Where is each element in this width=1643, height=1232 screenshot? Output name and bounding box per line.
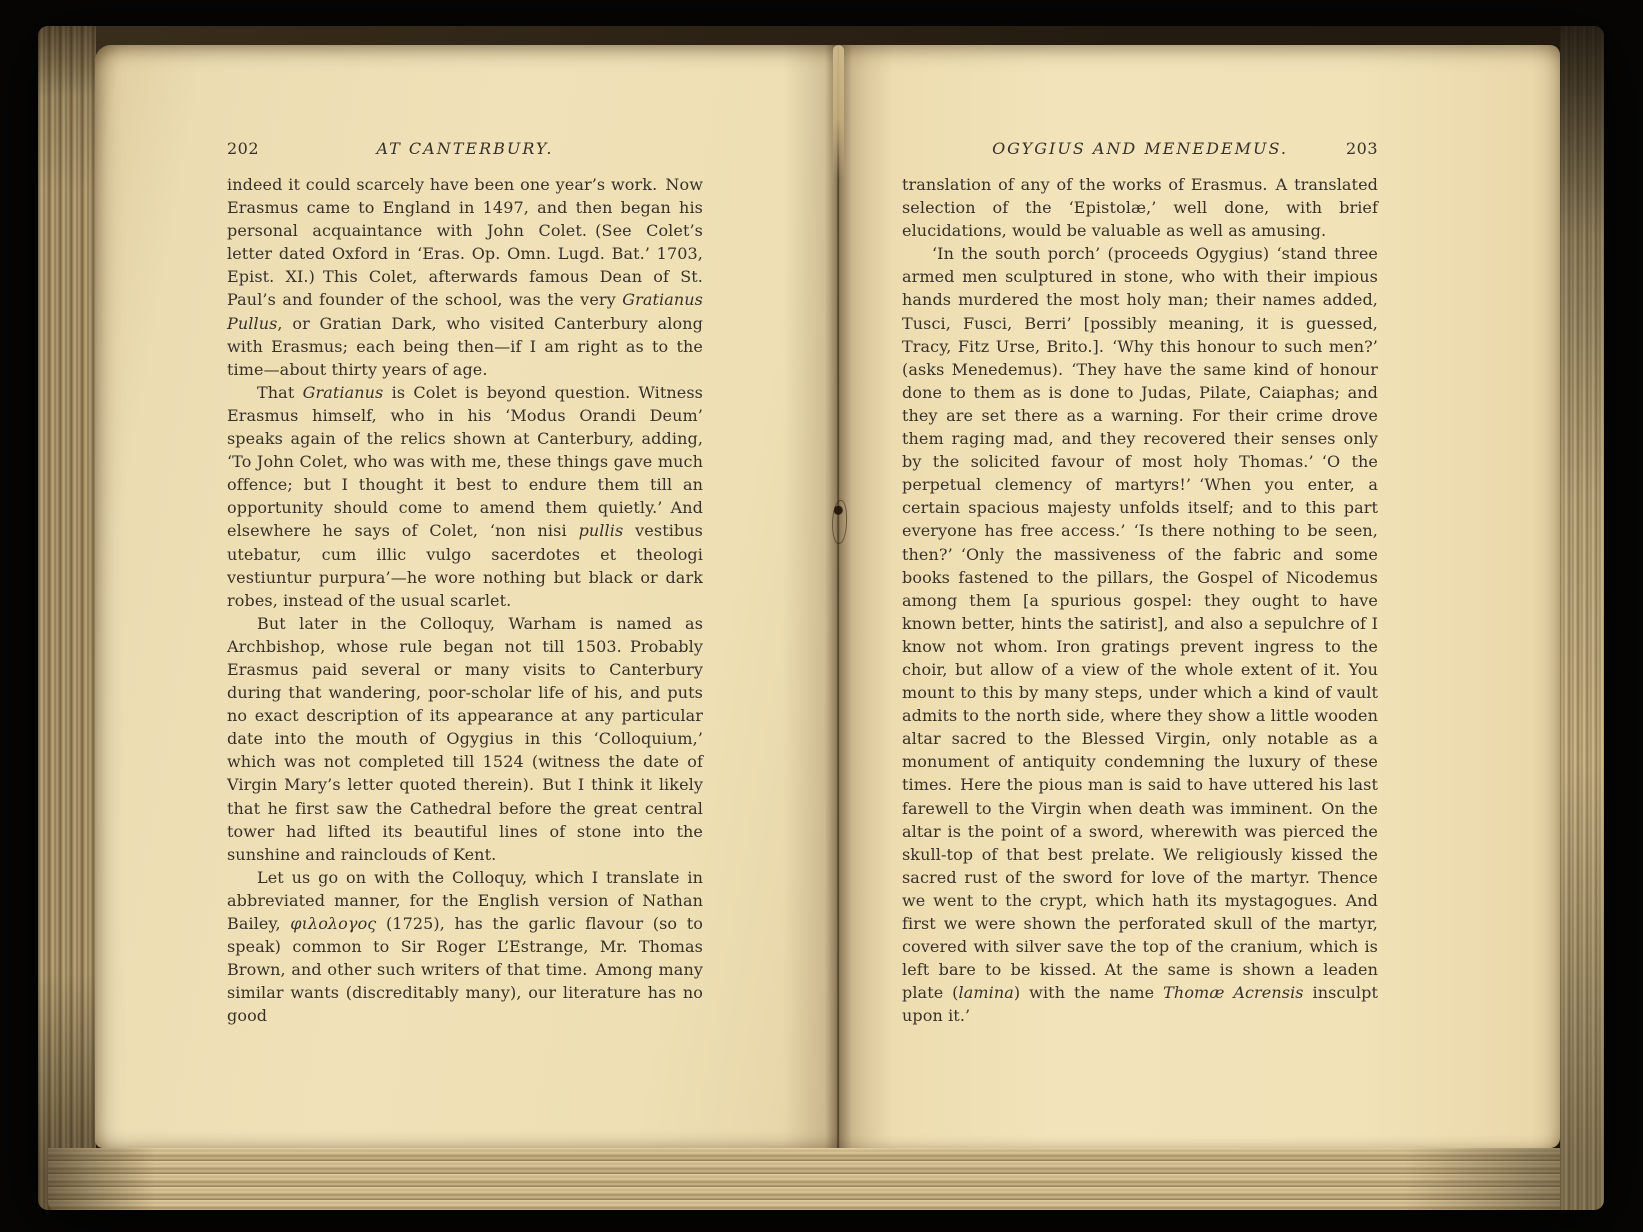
paragraph: ‘In the south porch’ (proceeds Ogygius) … [902,242,1378,1027]
page-spread: 202 AT CANTERBURY. indeed it could scarc… [95,45,1560,1148]
page-body-right: translation of any of the works of Erasm… [902,173,1378,1027]
page-left: 202 AT CANTERBURY. indeed it could scarc… [95,45,838,1148]
paragraph: That Gratianus is Colet is beyond questi… [227,381,703,612]
running-title-left: AT CANTERBURY. [291,138,639,160]
page-number-left: 202 [227,138,291,160]
left-fore-edge-page-stack [38,26,96,1210]
page-right: OGYGIUS AND MENEDEMUS. 203 translation o… [838,45,1560,1148]
page-header-right: OGYGIUS AND MENEDEMUS. 203 [902,138,1378,160]
page-number-right: 203 [1314,138,1378,160]
paragraph: Let us go on with the Colloquy, which I … [227,866,703,1028]
page-header-left: 202 AT CANTERBURY. [227,138,703,160]
right-cover-edge [1560,26,1604,1210]
paragraph: But later in the Colloquy, Warham is nam… [227,612,703,866]
page-body-left: indeed it could scarcely have been one y… [227,173,703,1027]
paragraph: indeed it could scarcely have been one y… [227,173,703,381]
bottom-page-edge-stack [48,1148,1588,1210]
paragraph: translation of any of the works of Erasm… [902,173,1378,242]
book: 202 AT CANTERBURY. indeed it could scarc… [38,26,1604,1210]
running-title-right: OGYGIUS AND MENEDEMUS. [966,138,1314,160]
